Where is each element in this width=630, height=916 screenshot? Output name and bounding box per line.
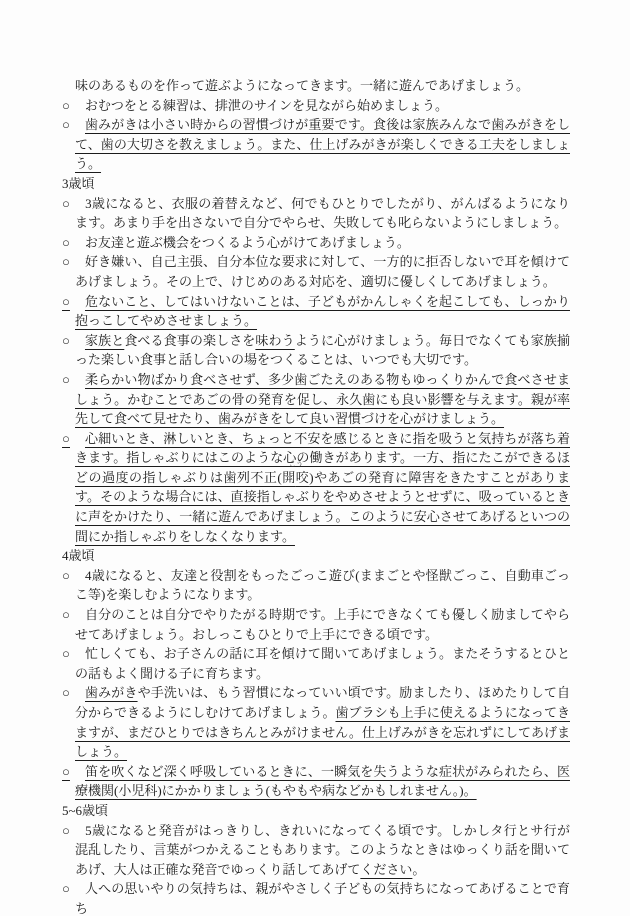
text-segment: 。 [412, 862, 425, 877]
furigana: こう [302, 461, 303, 468]
bullet-item: ○危ないこと、してはいけないことは、子どもがかんしゃくを起こしても、しっかり抱っ… [62, 292, 570, 331]
bullet-marker: ○ [62, 568, 85, 583]
text-segment: 柔らかい物ばかり食べさせず、多少歯ごたえのある物もゆっくりかんで食べさせましょう… [75, 372, 570, 426]
bullet-marker: ○ [62, 333, 85, 348]
section-heading: 4歳頃 [62, 546, 570, 566]
section-heading: 5~6歳頃 [62, 801, 570, 821]
bullet-item: ○歯みがきは小さい時からの習慣づけが重要です。食後は家族みんなで歯みがきをして、… [62, 115, 570, 174]
bullet-item: ○自分のことは自分でやりたがる時期です。上手にできなくても優しく励ましてやらせて… [62, 605, 570, 644]
bullet-item: ○柔らかい物ばかり食べさせず、多少歯ごたえのある物もゆっくりかんで食べさせましょ… [62, 370, 570, 429]
bullet-marker: ○ [62, 685, 85, 700]
bullet-item: ○歯みがきや手洗いは、もう習慣になっていい頃です。励ましたり、ほめたりして自分か… [62, 683, 570, 761]
text-segment: 危ないこと、してはいけないことは、子どもがかんしゃくを起こしても、しっかり抱っこ… [75, 294, 570, 329]
text-segment: 歯みがきは小さい時からの習慣づけが重要です。食後は家族みんなで歯みがきをして、歯… [75, 117, 570, 171]
bullet-item: ○3歳になると、衣服の着替えなど、何でもひとりでしたがり、がんばるようになります… [62, 194, 570, 233]
bullet-marker: ○ [62, 196, 85, 211]
text-segment: 味わう [255, 333, 294, 348]
text-segment: 家族と [85, 333, 124, 348]
text-segment: 咬こう [296, 470, 310, 485]
bullet-item: ○笛を吹くなど深く呼吸しているときに、一瞬気を失うような症状がみられたら、医療機… [62, 762, 570, 801]
text-segment: 食べる食事の楽しさを [124, 333, 255, 348]
bullet-item: ○おむつをとる練習は、排泄のサインを見ながら始めましょう。 [62, 96, 570, 116]
bullet-item: ○忙しくても、お子さんの話に耳を傾けて聞いてあげましょう。またそうするとひとの話… [62, 644, 570, 683]
bullet-item: ○心細いとき、淋しいとき、ちょっと不安を感じるときに指を吸うと気持ちが落ち着きま… [62, 429, 570, 547]
document-page: 味のあるものを作って遊ぶようになってきます。一緒に遊んであげましょう。○おむつを… [0, 0, 630, 916]
bullet-item: ○お友達と遊ぶ機会をつくるよう心がけてあげましょう。 [62, 233, 570, 253]
text-segment: 4歳になると、友達と役割をもったごっこ遊び(ままごとや怪獣ごっこ、自動車ごっこ等… [75, 568, 570, 603]
text-segment: ください [360, 862, 412, 877]
text-segment: 歯みがき [85, 685, 138, 700]
text-segment: おむつをとる練習は、排泄のサインを見ながら始めましょう。 [85, 98, 448, 113]
bullet-marker: ○ [62, 98, 85, 113]
continuation-line: 味のあるものを作って遊ぶようになってきます。一緒に遊んであげましょう。 [62, 76, 570, 96]
section-heading: 3歳頃 [62, 174, 570, 194]
bullet-marker: ○ [62, 117, 85, 132]
bullet-marker: ○ [62, 607, 85, 622]
text-segment: 自分のことは自分でやりたがる時期です。上手にできなくても優しく励ましてやらせてあ… [75, 607, 570, 642]
bullet-marker: ○ [62, 235, 85, 250]
text-segment: 味のあるものを作って遊ぶようになってきます。一緒に遊んであげましょう。 [75, 78, 529, 93]
text-segment: 5歳になると発音がはっきりし、きれいになってくる頃です。しかしタ行とサ行が混乱し… [75, 823, 570, 877]
text-segment: 忙しくても、お子さんの話に耳を傾けて聞いてあげましょう。またそうするとひとの話も… [75, 646, 570, 681]
document-body: 味のあるものを作って遊ぶようになってきます。一緒に遊んであげましょう。○おむつを… [62, 76, 570, 916]
text-segment: 3歳頃 [62, 176, 95, 191]
bullet-marker: ○ [62, 823, 85, 838]
text-segment: 笛を吹くなど深く呼吸しているときに、一瞬気を失うような症状がみられたら、医療機関… [75, 764, 570, 799]
text-segment: 3歳になると、衣服の着替えなど、何でもひとりでしたがり、がんばるようになります。… [75, 196, 570, 231]
bullet-marker: ○ [62, 372, 85, 387]
text-segment: 5~6歳頃 [62, 803, 108, 818]
bullet-marker: ○ [62, 254, 85, 269]
text-segment: 4歳頃 [62, 548, 95, 563]
bullet-marker: ○ [62, 294, 85, 309]
bullet-item: ○好き嫌い、自己主張、自分本位な要求に対して、一方的に拒否しないで耳を傾けてあげ… [62, 252, 570, 291]
bullet-marker: ○ [62, 431, 85, 446]
bullet-marker: ○ [62, 881, 85, 896]
bullet-marker: ○ [62, 646, 85, 661]
text-segment: 好き嫌い、自己主張、自分本位な要求に対して、一方的に拒否しないで耳を傾けてあげま… [75, 254, 570, 289]
bullet-item: ○人への思いやりの気持ちは、親がやさしく子どもの気持ちになってあげることで育ち [62, 879, 570, 916]
bullet-item: ○5歳になると発音がはっきりし、きれいになってくる頃です。しかしタ行とサ行が混乱… [62, 821, 570, 880]
bullet-item: ○家族と食べる食事の楽しさを味わうように心がけましょう。毎日でなくても家族揃った… [62, 331, 570, 370]
bullet-item: ○4歳になると、友達と役割をもったごっこ遊び(ままごとや怪獣ごっこ、自動車ごっこ… [62, 566, 570, 605]
text-segment: 人への思いやりの気持ちは、親がやさしく子どもの気持ちになってあげることで育ち [75, 881, 570, 916]
bullet-marker: ○ [62, 764, 85, 779]
text-segment: お友達と遊ぶ機会をつくるよう心がけてあげましょう。 [85, 235, 410, 250]
